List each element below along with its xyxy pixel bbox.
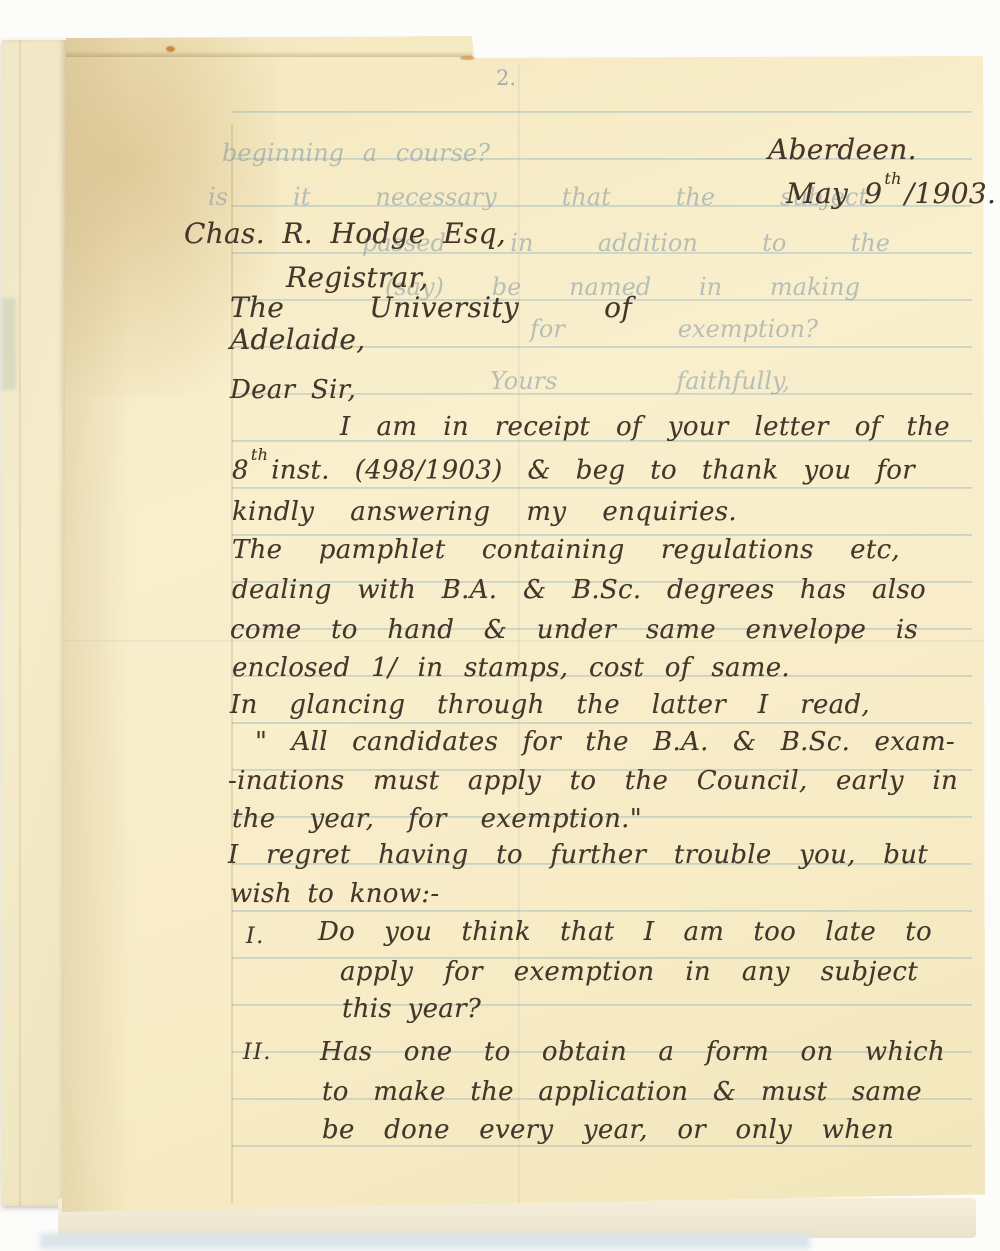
rust-speck <box>166 46 175 52</box>
body-8-ordinal-suffix: th <box>251 445 268 464</box>
body-line: I regret having to further trouble you, … <box>228 841 928 871</box>
scanner-bed-shadow <box>40 1233 810 1249</box>
page-number: 2. <box>496 66 516 90</box>
body-line: In glancing through the latter I read, <box>230 691 870 721</box>
question-line: to make the application & must same <box>322 1078 922 1108</box>
body-line: the year, for exemption." <box>232 805 642 835</box>
recipient-title: Registrar, <box>286 262 428 294</box>
body-8-rest: inst. (498/1903) & beg to thank you for <box>271 456 915 486</box>
body-line: " All candidates for the B.A. & B.Sc. ex… <box>255 728 955 758</box>
letter-fold-flap <box>2 40 66 1206</box>
body-line: The pamphlet containing regulations etc, <box>232 536 900 566</box>
body-line: enclosed 1/ in stamps, cost of same. <box>232 654 790 684</box>
recipient-institution: The University of Adelaide, <box>230 292 632 356</box>
top-edge-crease-shadow <box>66 51 472 57</box>
heading-place: Aberdeen. <box>768 134 917 166</box>
question-line: be done every year, or only when <box>322 1116 894 1146</box>
body-line: dealing with B.A. & B.Sc. degrees has al… <box>232 576 926 606</box>
body-line: 8thinst. (498/1903) & beg to thank you f… <box>232 455 915 487</box>
flap-ink-smudge <box>2 298 16 390</box>
scanned-letter-page: beginning a course? is it necessary that… <box>0 0 1000 1251</box>
heading-date: May 9th/1903. <box>786 178 996 210</box>
bleedthrough-line: is it necessary that the subject <box>208 184 868 210</box>
question-line: this year? <box>342 995 481 1025</box>
date-day: May 9 <box>786 177 882 210</box>
recipient-name: Chas. R. Hodge Esq, <box>184 218 506 250</box>
question-numeral: I. <box>246 924 265 949</box>
body-8-day: 8 <box>232 456 249 486</box>
flap-crease <box>19 40 21 1206</box>
bleedthrough-line: Yours faithfully, <box>490 368 790 394</box>
question-line: Do you think that I am too late to <box>318 918 932 948</box>
bleedthrough-line: beginning a course? <box>222 140 490 166</box>
paper-edge-shading <box>60 34 132 1212</box>
body-line: come to hand & under same envelope is <box>230 616 918 646</box>
body-line: kindly answering my enquiries. <box>232 498 737 528</box>
body-line: wish to know:- <box>230 880 439 910</box>
body-line: -inations must apply to the Council, ear… <box>228 767 958 797</box>
date-ordinal-suffix: th <box>884 169 901 188</box>
question-line: Has one to obtain a form on which <box>320 1038 945 1068</box>
date-year: /1903. <box>905 177 996 210</box>
question-numeral: II. <box>243 1040 272 1065</box>
salutation: Dear Sir, <box>230 376 356 406</box>
rust-speck <box>460 56 475 60</box>
question-line: apply for exemption in any subject <box>340 958 918 988</box>
body-line: I am in receipt of your letter of the <box>340 413 950 443</box>
